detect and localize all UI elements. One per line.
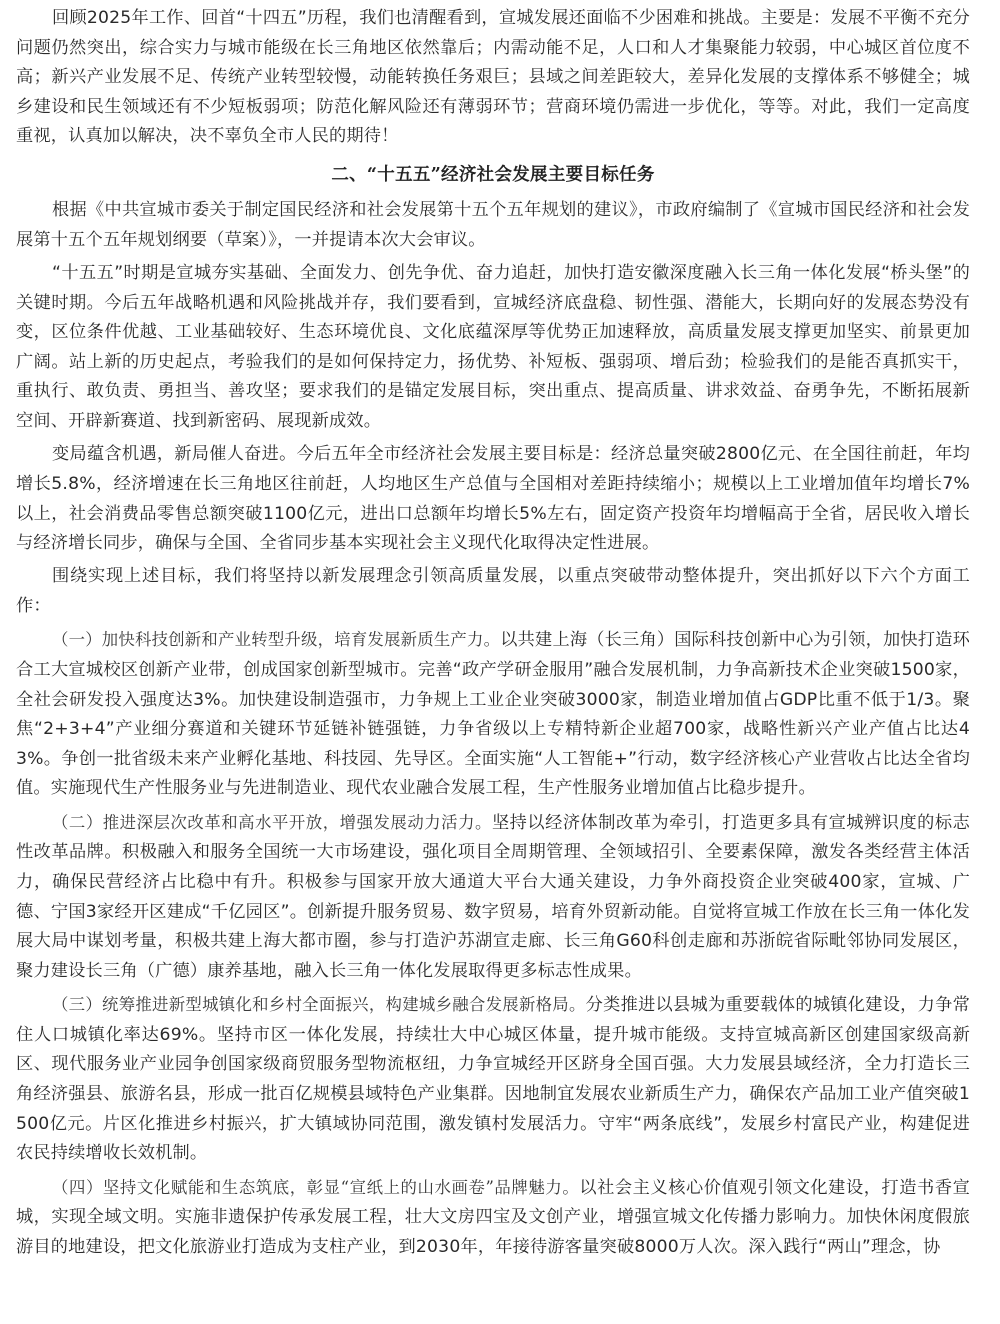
paragraph-main-targets: 变局蕴含机遇，新局催人奋进。今后五年全市经济社会发展主要目标是：经济总量突破28…	[16, 440, 970, 558]
task-body-2: 坚持以经济体制改革为牵引，打造更多具有宣城辨识度的标志性改革品牌。积极融入和服务…	[16, 813, 970, 981]
task-lead-4: （四）坚持文化赋能和生态筑底，彰显“宣纸上的山水画卷”品牌魅力。	[52, 1178, 579, 1197]
document-page: 回顾2025年工作、回首“十四五”历程，我们也清醒看到，宣城发展还面临不少困难和…	[16, 4, 970, 1262]
task-item-2: （二）推进深层次改革和高水平开放，增强发展动力活力。坚持以经济体制改革为牵引，打…	[16, 808, 970, 987]
task-lead-3: （三）统筹推进新型城镇化和乡村全面振兴，构建城乡融合发展新格局。	[52, 995, 586, 1014]
paragraph-period-significance: “十五五”时期是宣城夯实基础、全面发力、创先争优、奋力追赶，加快打造安徽深度融入…	[16, 259, 970, 437]
task-body-1: 以共建上海（长三角）国际科技创新中心为引领，加快打造环合工大宣城校区创新产业带，…	[16, 630, 970, 798]
paragraph-six-tasks-intro: 围绕实现上述目标，我们将坚持以新发展理念引领高质量发展，以重点突破带动整体提升，…	[16, 562, 970, 621]
task-lead-1: （一）加快科技创新和产业转型升级，培育发展新质生产力。	[52, 630, 500, 649]
task-body-3: 分类推进以县城为重要载体的城镇化建设，力争常住人口城镇化率达69%。坚持市区一体…	[16, 995, 970, 1163]
task-item-1: （一）加快科技创新和产业转型升级，培育发展新质生产力。以共建上海（长三角）国际科…	[16, 625, 970, 804]
paragraph-plan-submission: 根据《中共宣城市委关于制定国民经济和社会发展第十五个五年规划的建议》，市政府编制…	[16, 196, 970, 255]
task-item-3: （三）统筹推进新型城镇化和乡村全面振兴，构建城乡融合发展新格局。分类推进以县城为…	[16, 990, 970, 1169]
task-lead-2: （二）推进深层次改革和高水平开放，增强发展动力活力。	[52, 813, 492, 832]
task-item-4: （四）坚持文化赋能和生态筑底，彰显“宣纸上的山水画卷”品牌魅力。以社会主义核心价…	[16, 1173, 970, 1263]
section-heading: 二、“十五五”经济社会发展主要目标任务	[16, 160, 970, 190]
paragraph-review-challenges: 回顾2025年工作、回首“十四五”历程，我们也清醒看到，宣城发展还面临不少困难和…	[16, 4, 970, 152]
